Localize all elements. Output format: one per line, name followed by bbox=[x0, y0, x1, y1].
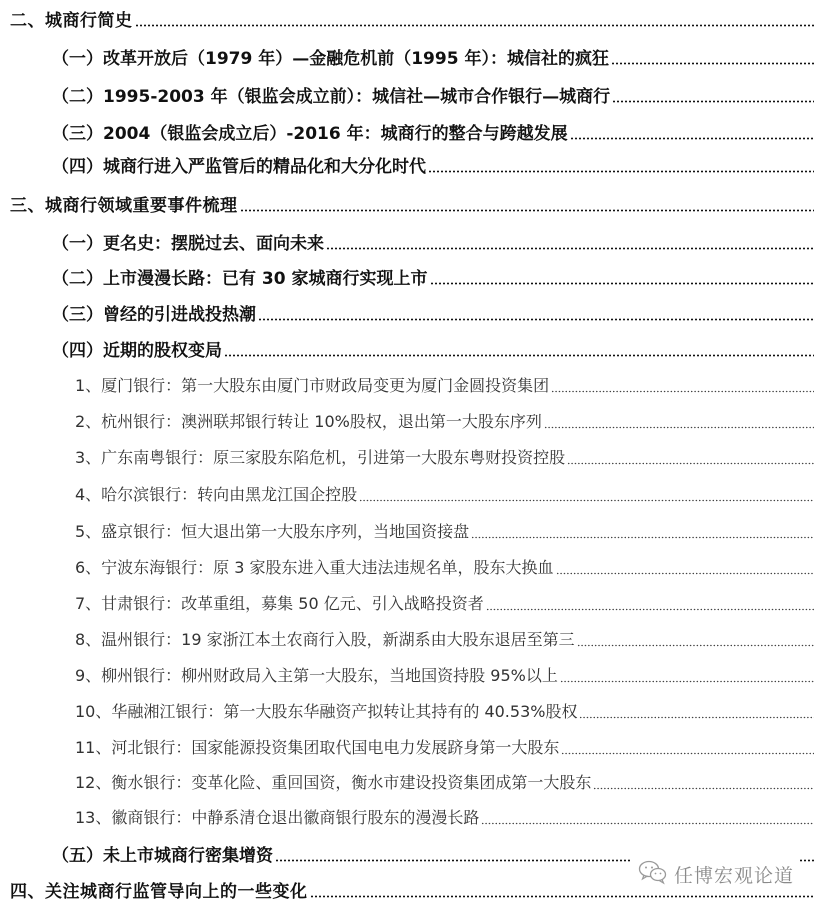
dot-leader bbox=[561, 752, 814, 755]
dot-leader bbox=[430, 282, 814, 285]
toc-entry-title: （五）未上市城商行密集增资 bbox=[52, 841, 275, 866]
dot-leader bbox=[481, 822, 814, 825]
wechat-icon bbox=[638, 859, 668, 889]
toc-entry-title: 8、温州银行：19 家浙江本土农商行入股，新湖系由大股东退居至第三 bbox=[75, 627, 577, 650]
toc-item-link[interactable]: 5、盛京银行：恒大退出第一大股东序列，当地国资接盘 bbox=[0, 515, 814, 545]
toc-subsection-link[interactable]: （三）2004（银监会成立后）-2016 年：城商行的整合与跨越发展 bbox=[0, 116, 814, 146]
toc-item-link[interactable]: 7、甘肃银行：改革重组，募集 50 亿元、引入战略投资者 bbox=[0, 587, 814, 617]
toc-entry-title: （四）城商行进入严监管后的精品化和大分化时代 bbox=[52, 152, 428, 177]
dot-leader bbox=[579, 716, 814, 719]
toc-entry-title: 10、华融湘江银行：第一大股东华融资产拟转让其持有的 40.53%股权 bbox=[75, 699, 579, 722]
toc-entry-title: （二）1995-2003 年（银监会成立前）：城信社—城市合作银行—城商行 bbox=[52, 82, 612, 107]
toc-entry-title: 13、徽商银行：中静系清仓退出徽商银行股东的漫漫长路 bbox=[75, 805, 481, 828]
toc-entry-title: （三）曾经的引进战投热潮 bbox=[52, 300, 258, 325]
dot-leader bbox=[240, 209, 814, 212]
toc-entry-title: （一）改革开放后（1979 年）—金融危机前（1995 年）：城信社的疯狂 bbox=[52, 44, 611, 69]
toc-item-link[interactable]: 6、宁波东海银行：原 3 家股东进入重大违法违规名单，股东大换血 bbox=[0, 551, 814, 581]
toc-entry-title: （二）上市漫漫长路：已有 30 家城商行实现上市 bbox=[52, 264, 430, 289]
dot-leader bbox=[551, 390, 814, 393]
toc-entry-title: 9、柳州银行：柳州财政局入主第一大股东，当地国资持股 95%以上 bbox=[75, 663, 560, 686]
dot-leader bbox=[577, 644, 814, 647]
dot-leader bbox=[567, 462, 814, 465]
toc-entry-title: 5、盛京银行：恒大退出第一大股东序列，当地国资接盘 bbox=[75, 519, 471, 542]
toc-entry-title: 7、甘肃银行：改革重组，募集 50 亿元、引入战略投资者 bbox=[75, 591, 486, 614]
toc-item-link[interactable]: 10、华融湘江银行：第一大股东华融资产拟转让其持有的 40.53%股权 bbox=[0, 695, 814, 725]
toc-item-link[interactable]: 2、杭州银行：澳洲联邦银行转让 10%股权，退出第一大股东序列 bbox=[0, 405, 814, 435]
dot-leader bbox=[544, 426, 814, 429]
dot-leader bbox=[611, 62, 814, 65]
toc-entry-title: 2、杭州银行：澳洲联邦银行转让 10%股权，退出第一大股东序列 bbox=[75, 409, 544, 432]
toc-entry-title: （四）近期的股权变局 bbox=[52, 336, 224, 361]
toc-subsection-link[interactable]: （二）1995-2003 年（银监会成立前）：城信社—城市合作银行—城商行 bbox=[0, 79, 814, 109]
toc-entry-title: 4、哈尔滨银行：转向由黑龙江国企控股 bbox=[75, 482, 359, 505]
watermark-text: 任博宏观论道 bbox=[674, 861, 794, 888]
toc-entry-title: （一）更名史：摆脱过去、面向未来 bbox=[52, 229, 326, 254]
toc-entry-title: 三、城商行领域重要事件梳理 bbox=[10, 191, 240, 216]
watermark: 任博宏观论道 bbox=[632, 858, 800, 890]
toc-item-link[interactable]: 9、柳州银行：柳州财政局入主第一大股东，当地国资持股 95%以上 bbox=[0, 659, 814, 689]
toc-entry-title: 四、关注城商行监管导向上的一些变化 bbox=[10, 877, 310, 902]
toc-entry-title: 6、宁波东海银行：原 3 家股东进入重大违法违规名单，股东大换血 bbox=[75, 555, 556, 578]
toc-entry-title: （三）2004（银监会成立后）-2016 年：城商行的整合与跨越发展 bbox=[52, 119, 570, 144]
dot-leader bbox=[570, 137, 814, 140]
dot-leader bbox=[428, 170, 814, 173]
dot-leader bbox=[258, 318, 814, 321]
dot-leader bbox=[471, 536, 814, 539]
toc-item-link[interactable]: 13、徽商银行：中静系清仓退出徽商银行股东的漫漫长路 bbox=[0, 801, 814, 831]
toc-subsection-link[interactable]: （一）改革开放后（1979 年）—金融危机前（1995 年）：城信社的疯狂 bbox=[0, 41, 814, 71]
dot-leader bbox=[310, 895, 814, 898]
toc-entry-title: 12、衡水银行：变革化险、重回国资，衡水市建设投资集团成第一大股东 bbox=[75, 770, 593, 793]
toc-entry-title: 3、广东南粤银行：原三家股东陷危机，引进第一大股东粤财投资控股 bbox=[75, 445, 567, 468]
dot-leader bbox=[486, 608, 814, 611]
dot-leader bbox=[556, 572, 814, 575]
toc-subsection-link[interactable]: （一）更名史：摆脱过去、面向未来 bbox=[0, 226, 814, 256]
dot-leader bbox=[359, 499, 814, 502]
dot-leader bbox=[560, 680, 814, 683]
dot-leader bbox=[135, 24, 814, 27]
toc-entry-title: 二、城商行简史 bbox=[10, 6, 135, 31]
dot-leader bbox=[612, 100, 814, 103]
toc-item-link[interactable]: 4、哈尔滨银行：转向由黑龙江国企控股 bbox=[0, 478, 814, 508]
toc-item-link[interactable]: 3、广东南粤银行：原三家股东陷危机，引进第一大股东粤财投资控股 bbox=[0, 441, 814, 471]
toc-item-link[interactable]: 1、厦门银行：第一大股东由厦门市财政局变更为厦门金圆投资集团 bbox=[0, 369, 814, 399]
toc-item-link[interactable]: 11、河北银行：国家能源投资集团取代国电电力发展跻身第一大股东 bbox=[0, 731, 814, 761]
toc-item-link[interactable]: 8、温州银行：19 家浙江本土农商行入股，新湖系由大股东退居至第三 bbox=[0, 623, 814, 653]
toc-entry-title: 1、厦门银行：第一大股东由厦门市财政局变更为厦门金圆投资集团 bbox=[75, 373, 551, 396]
dot-leader bbox=[326, 247, 814, 250]
toc-section-link[interactable]: 二、城商行简史 bbox=[0, 3, 814, 33]
toc-subsection-link[interactable]: （四）城商行进入严监管后的精品化和大分化时代 bbox=[0, 149, 814, 179]
toc-entry-title: 11、河北银行：国家能源投资集团取代国电电力发展跻身第一大股东 bbox=[75, 735, 561, 758]
dot-leader bbox=[593, 787, 814, 790]
toc-subsection-link[interactable]: （二）上市漫漫长路：已有 30 家城商行实现上市 bbox=[0, 261, 814, 291]
dot-leader bbox=[224, 354, 814, 357]
toc-item-link[interactable]: 12、衡水银行：变革化险、重回国资，衡水市建设投资集团成第一大股东 bbox=[0, 766, 814, 796]
toc-subsection-link[interactable]: （四）近期的股权变局 bbox=[0, 333, 814, 363]
toc-subsection-link[interactable]: （三）曾经的引进战投热潮 bbox=[0, 297, 814, 327]
toc-section-link[interactable]: 三、城商行领域重要事件梳理 bbox=[0, 188, 814, 218]
